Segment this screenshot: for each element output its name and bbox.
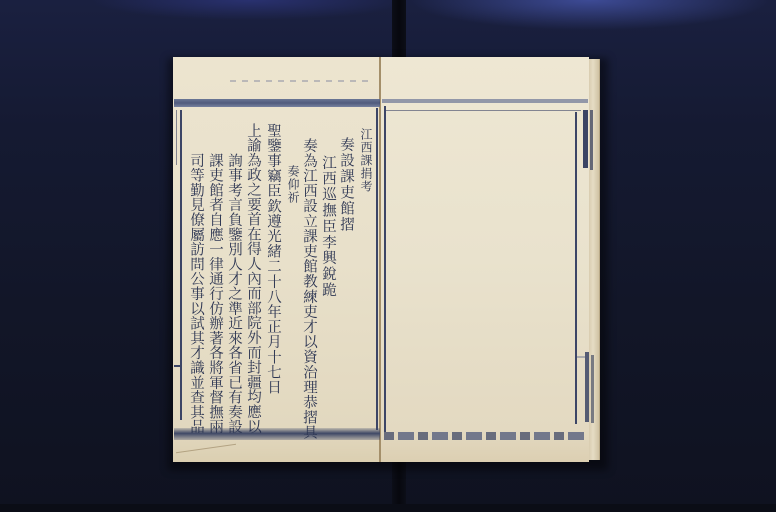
fore-edge-mark-top bbox=[590, 110, 593, 170]
text-column: 司等勤見僚屬訪問公事以試其才識並查其品 bbox=[189, 153, 203, 434]
bottom-ink-band-left bbox=[174, 428, 380, 440]
text-column: 聖鑒事竊臣欽遵光緒二十八年正月十七日 bbox=[265, 123, 280, 395]
book-spine bbox=[379, 57, 381, 462]
banxin-mark-top bbox=[583, 110, 588, 168]
top-ink-band-right bbox=[382, 99, 588, 103]
text-column: 奏仰祈 bbox=[285, 165, 301, 204]
banxin-mark-bottom bbox=[585, 352, 589, 422]
left-frame-line bbox=[180, 110, 182, 420]
right-page bbox=[381, 57, 589, 462]
text-column: 詢事考言負鑒別人才之準近來各省已有奏設 bbox=[227, 153, 241, 434]
left-frame-line-outer bbox=[176, 110, 177, 165]
right-frame-line bbox=[575, 112, 577, 424]
bottom-ink-band-right bbox=[384, 432, 584, 440]
fore-edge-mark-bottom bbox=[591, 355, 594, 423]
right-page-inner-frame bbox=[384, 106, 386, 432]
text-column: 奏設課吏館摺 bbox=[338, 137, 354, 232]
bottom-strip bbox=[0, 504, 776, 512]
top-ink-band-left bbox=[174, 99, 380, 107]
text-column: 課吏館者自應一律通行仿辦著各將軍督撫兩 bbox=[208, 153, 222, 434]
text-column: 江西巡撫臣李興銳跪 bbox=[320, 155, 336, 298]
left-frame-tick bbox=[174, 365, 182, 367]
left-page-inner-frame bbox=[376, 108, 378, 430]
top-margin-dots bbox=[230, 80, 370, 82]
text-column: 奏為江西設立課吏館教練吏才以資治理恭摺具 bbox=[302, 138, 316, 440]
text-column: 江西課捐考 bbox=[358, 128, 374, 193]
text-column: 上諭為政之要首在得人內而部院外而封疆均應以 bbox=[246, 123, 260, 434]
right-frame-top bbox=[385, 110, 581, 111]
edge-tick bbox=[577, 356, 585, 358]
